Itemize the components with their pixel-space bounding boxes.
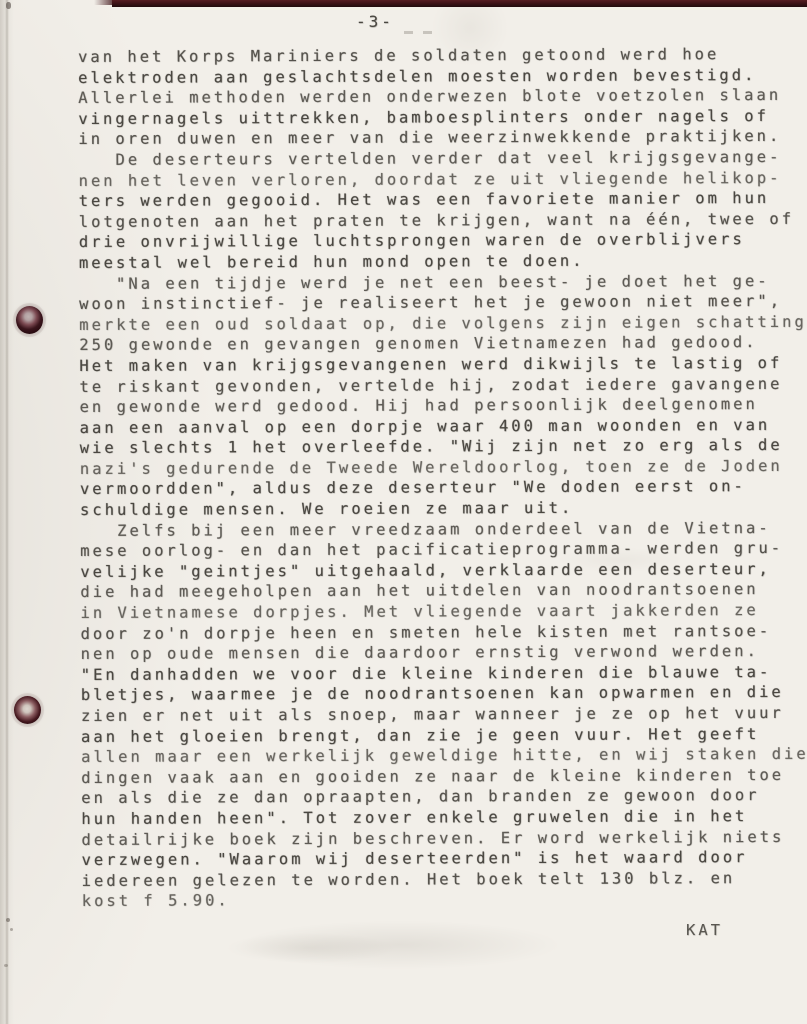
paper-speck [6,2,11,9]
text-line: kost f 5.90. [82,888,807,912]
text-line: detailrijke boek zijn beschreven. Er wor… [81,826,807,850]
page-crease [0,0,14,1024]
text-line: zien er net uit als snoep, maar wanneer … [81,703,807,727]
binding-hole-bottom [14,696,41,724]
text-line: nazi's gedurende de Tweede Wereldoorlog,… [80,456,807,480]
text-line: mese oorlog- en dan het pacificatieprogr… [80,538,807,562]
text-line: en gewonde werd gedood. Hij had persoonl… [80,394,807,418]
author-initials: KAT [686,921,723,939]
binding-hole-top [16,306,43,334]
scan-edge-bar [112,0,807,7]
document-page: { "page": { "page_number": "-3-", "signa… [0,0,807,1024]
paper-speck [6,918,10,922]
text-line: van het Korps Mariniers de soldaten geto… [78,44,807,68]
paper-speck [4,964,8,967]
faint-marks [404,21,448,31]
paper-speck [10,928,13,931]
text-line: drie onvrijwillige luchtsprongen waren d… [79,229,807,253]
text-line: vermoordden", aldus deze deserteur "We d… [80,476,807,500]
text-line: 250 gewonde en gevangen genomen Vietname… [79,332,807,356]
text-line: lotgenoten aan het praten te krijgen, wa… [79,208,807,232]
text-line: Allerlei methoden werden onderwezen blot… [78,85,807,109]
text-line: nen op oude mensen die daardoor ernstig … [81,641,807,665]
text-line: nen het leven verloren, doordat ze uit v… [79,167,807,191]
text-line: en als die ze dan opraapten, dan branden… [81,785,807,809]
page-number: -3- [356,12,394,31]
document-text: van het Korps Mariniers de soldaten geto… [78,44,807,912]
